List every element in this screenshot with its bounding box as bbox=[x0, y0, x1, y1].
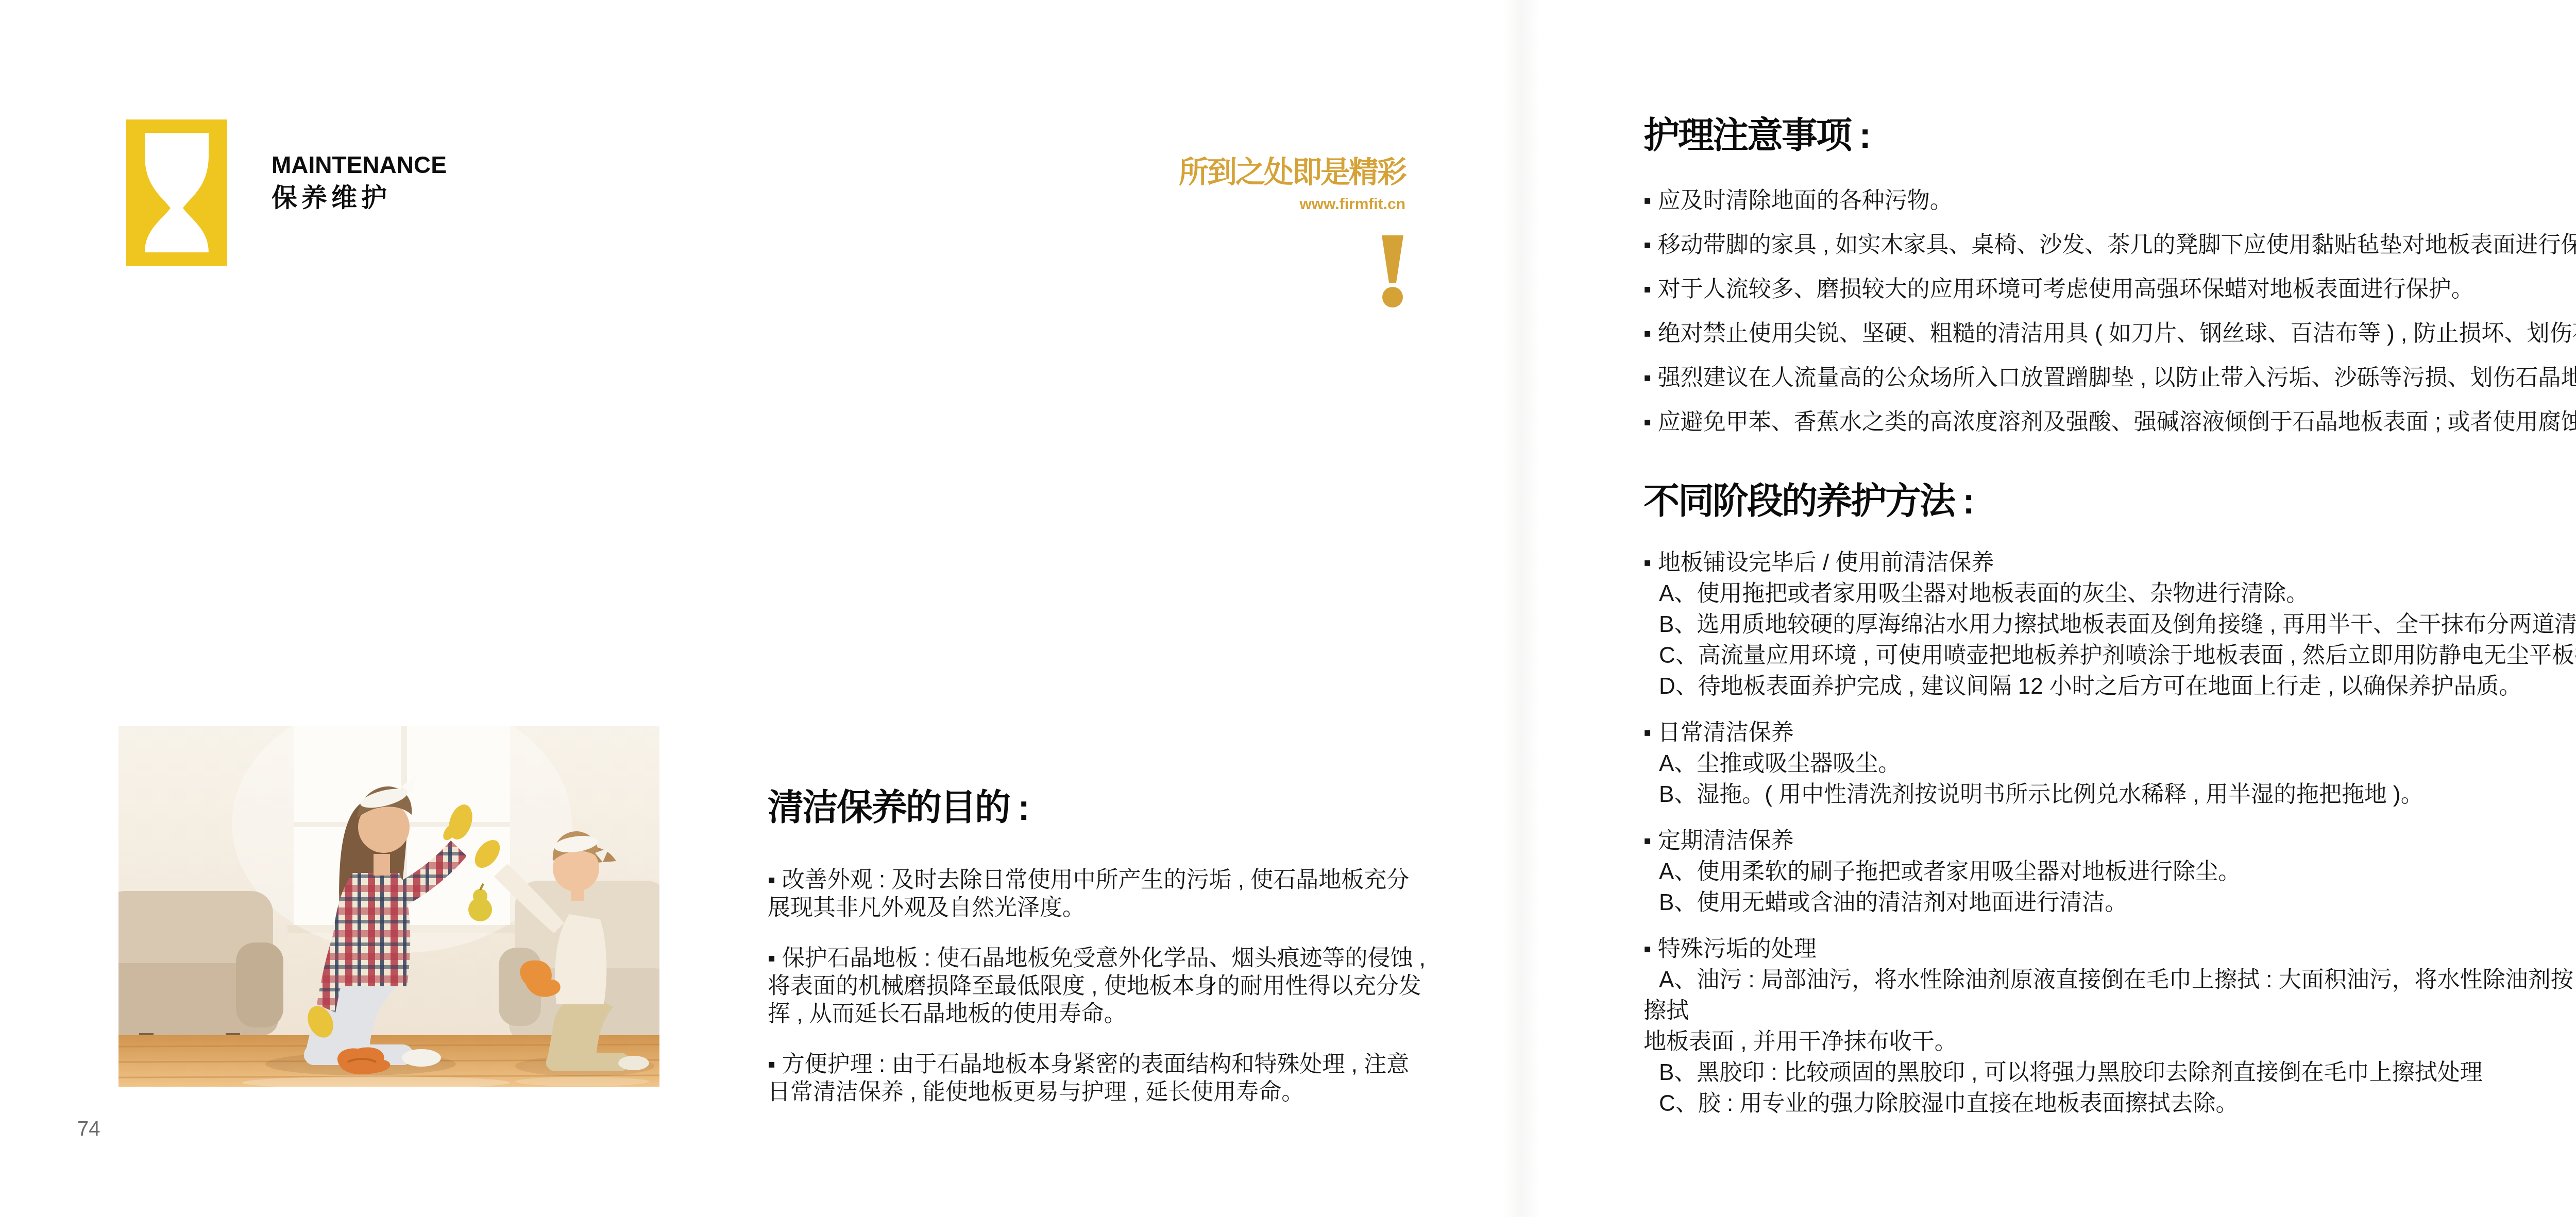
stage-step: B、湿拖。( 用中性清洗剂按说明书所示比例兑水稀释 , 用半湿的拖把拖地 )。 bbox=[1643, 779, 2576, 810]
care-note: ▪ 应避免甲苯、香蕉水之类的高浓度溶剂及强酸、强碱溶液倾倒于石晶地板表面 ; 或… bbox=[1643, 409, 2576, 435]
stage-step: A、尘推或吸尘器吸尘。 bbox=[1643, 748, 2576, 779]
stage-group-title: ▪ 定期清洁保养 bbox=[1643, 826, 2576, 856]
purpose-bullet: ▪ 改善外观 : 及时去除日常使用中所产生的污垢 , 使石晶地板充分 展现其非凡… bbox=[768, 866, 1453, 922]
stage-group-list: ▪ 地板铺设完毕后 / 使用前清洁保养 A、使用拖把或者家用吸尘器对地板表面的灰… bbox=[1643, 547, 2576, 1119]
stage-step: A、使用拖把或者家用吸尘器对地板表面的灰尘、杂物进行清除。 bbox=[1643, 578, 2576, 609]
family-cleaning-photo bbox=[118, 726, 659, 1087]
purpose-bullet: ▪ 保护石晶地板 : 使石晶地板免受意外化学品、烟头痕迹等的侵蚀 , 将表面的机… bbox=[768, 945, 1453, 1028]
care-notes-list: ▪ 应及时清除地面的各种污物。 ▪ 移动带脚的家具 , 如实木家具、桌椅、沙发、… bbox=[1643, 188, 2576, 435]
stage-step: D、待地板表面养护完成 , 建议间隔 12 小时之后方可在地面上行走 , 以确保… bbox=[1643, 671, 2576, 702]
website-url: www.firmfit.cn bbox=[721, 194, 1405, 215]
stage-step: A、使用柔软的刷子拖把或者家用吸尘器对地板进行除尘。 bbox=[1643, 856, 2576, 887]
stage-step: B、选用质地较硬的厚海绵沾水用力擦拭地板表面及倒角接缝 , 再用半干、全干抹布分… bbox=[1643, 609, 2576, 640]
slogan-block: 所到之处即是精彩 www.firmfit.cn bbox=[721, 156, 1405, 310]
stage-group-title: ▪ 日常清洁保养 bbox=[1643, 717, 2576, 748]
stage-group-daily: ▪ 日常清洁保养 A、尘推或吸尘器吸尘。 B、湿拖。( 用中性清洗剂按说明书所示… bbox=[1643, 717, 2576, 810]
stage-step: C、胶 : 用专业的强力除胶湿巾直接在地板表面擦拭去除。 bbox=[1643, 1088, 2576, 1119]
stages-section: 不同阶段的养护方法 : ▪ 地板铺设完毕后 / 使用前清洁保养 A、使用拖把或者… bbox=[1643, 481, 2576, 1135]
care-note: ▪ 应及时清除地面的各种污物。 bbox=[1643, 188, 2576, 214]
slogan-text: 所到之处即是精彩 bbox=[721, 156, 1405, 189]
stage-step: A、油污 : 局部油污，将水性除油剂原液直接倒在毛巾上擦拭 : 大面积油污，将水… bbox=[1643, 965, 2576, 1057]
stages-heading: 不同阶段的养护方法 : bbox=[1643, 481, 2576, 522]
stage-group-install: ▪ 地板铺设完毕后 / 使用前清洁保养 A、使用拖把或者家用吸尘器对地板表面的灰… bbox=[1643, 547, 2576, 702]
care-note: ▪ 绝对禁止使用尖锐、坚硬、粗糙的清洁用具 ( 如刀片、钢丝球、百洁布等 ) ,… bbox=[1643, 321, 2576, 347]
care-notes-heading: 护理注意事项 : bbox=[1643, 115, 2576, 156]
hourglass-icon bbox=[126, 119, 227, 266]
stage-step: B、使用无蜡或含油的清洁剂对地面进行清洁。 bbox=[1643, 887, 2576, 918]
brand-title-zh: 保养维护 bbox=[272, 183, 447, 212]
stage-step: B、黑胶印 : 比较顽固的黑胶印 , 可以将强力黑胶印去除剂直接倒在毛巾上擦拭处… bbox=[1643, 1057, 2576, 1088]
care-notes-section: 护理注意事项 : ▪ 应及时清除地面的各种污物。 ▪ 移动带脚的家具 , 如实木… bbox=[1643, 115, 2576, 454]
stage-step: C、高流量应用环境 , 可使用喷壶把地板养护剂喷涂于地板表面 , 然后立即用防静… bbox=[1643, 640, 2576, 671]
care-note: ▪ 强烈建议在人流量高的公众场所入口放置蹭脚垫 , 以防止带入污垢、沙砾等污损、… bbox=[1643, 365, 2576, 391]
care-note: ▪ 移动带脚的家具 , 如实木家具、桌椅、沙发、茶几的凳脚下应使用黏贴毡垫对地板… bbox=[1643, 232, 2576, 258]
purpose-bullet-list: ▪ 改善外观 : 及时去除日常使用中所产生的污垢 , 使石晶地板充分 展现其非凡… bbox=[768, 866, 1453, 1106]
stage-group-periodic: ▪ 定期清洁保养 A、使用柔软的刷子拖把或者家用吸尘器对地板进行除尘。 B、使用… bbox=[1643, 826, 2576, 918]
page-gutter-divider bbox=[1503, 0, 1539, 1217]
care-note: ▪ 对于人流较多、磨损较大的应用环境可考虑使用高强环保蜡对地板表面进行保护。 bbox=[1643, 277, 2576, 302]
brochure-spread: MAINTENANCE 保养维护 所到之处即是精彩 www.firmfit.cn bbox=[0, 0, 2576, 1217]
page-number-left: 74 bbox=[77, 1118, 100, 1141]
stage-group-title: ▪ 特殊污垢的处理 bbox=[1643, 934, 2576, 965]
purpose-heading: 清洁保养的目的 : bbox=[768, 787, 1453, 828]
purpose-section: 清洁保养的目的 : ▪ 改善外观 : 及时去除日常使用中所产生的污垢 , 使石晶… bbox=[768, 787, 1453, 1129]
stage-group-title: ▪ 地板铺设完毕后 / 使用前清洁保养 bbox=[1643, 547, 2576, 578]
stage-group-special-stains: ▪ 特殊污垢的处理 A、油污 : 局部油污，将水性除油剂原液直接倒在毛巾上擦拭 … bbox=[1643, 934, 2576, 1119]
exclamation-icon bbox=[1380, 235, 1405, 310]
purpose-bullet: ▪ 方便护理 : 由于石晶地板本身紧密的表面结构和特殊处理 , 注意 日常清洁保… bbox=[768, 1051, 1453, 1106]
brand-title: MAINTENANCE 保养维护 bbox=[272, 150, 447, 212]
brand-title-en: MAINTENANCE bbox=[272, 150, 447, 179]
